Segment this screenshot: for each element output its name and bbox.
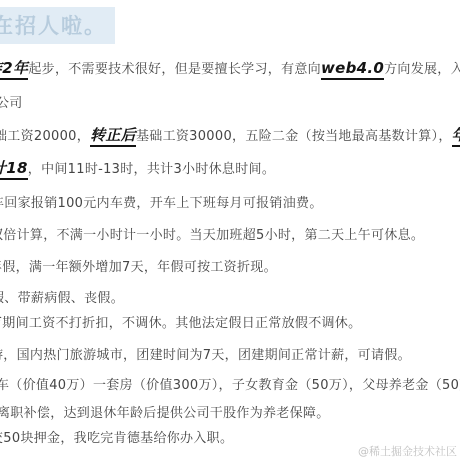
body-text: 公司 — [0, 96, 23, 111]
doc-line-6: 双倍计算，不满一小时计一小时。当天加班超5小时，第二天上午可休息。 — [0, 224, 424, 243]
body-text: 假、带薪病假、丧假。 — [0, 291, 124, 306]
body-text: 游，国内热门旅游城市，团建时间为7天，团建期间正常计薪，可请假。 — [0, 348, 411, 363]
community-watermark: @稀土掘金技术社区 — [358, 443, 457, 459]
doc-line-11: 车（价值40万）一套房（价值300万），子女教育金（50万），父母养老金（50万… — [0, 374, 460, 393]
doc-line-3: 础工资20000，转正后基础工资30000，五险二金（按当地最高基数计算），年终… — [0, 124, 460, 145]
doc-line-12: 离职补偿，达到退休年龄后提供公司干股作为养老保障。 — [0, 402, 330, 421]
body-text: 车（价值40万）一套房（价值300万），子女教育金（50万），父母养老金（50万… — [0, 378, 460, 393]
doc-line-1: 作2年起步，不需要技术很好，但是要擅长学习，有意向web4.0方向发展，入职参加 — [0, 57, 460, 78]
body-text: 方向发展，入职参加 — [384, 62, 460, 77]
body-text: 节期间工资不打折扣，不调休。其他法定假日正常放假不调休。 — [0, 316, 361, 331]
top-watermark: 在招人啦。 — [0, 7, 115, 44]
body-text: ，中间11时-13时，共计3小时休息时间。 — [28, 162, 275, 177]
body-text: 车回家报销100元内车费，开车上下班每月可报销油费。 — [0, 196, 323, 211]
doc-line-5: 车回家报销100元内车费，开车上下班每月可报销油费。 — [0, 192, 323, 211]
body-text: 起步，不需要技术很好，但是要擅长学习，有意向 — [28, 62, 321, 77]
document-page: 在招人啦。 作2年起步，不需要技术很好，但是要擅长学习，有意向web4.0方向发… — [0, 0, 460, 460]
doc-line-2: 公司 — [0, 92, 23, 111]
doc-line-9: 节期间工资不打折扣，不调休。其他法定假日正常放假不调休。 — [0, 312, 361, 331]
body-text: 交50块押金，我吃完肯德基给你办入职。 — [0, 431, 233, 446]
emphasis-text: 年终奖 — [452, 126, 460, 147]
body-text: 基础工资30000，五险二金（按当地最高基数计算）， — [136, 129, 452, 144]
emphasis-text: web4.0 — [321, 59, 384, 80]
doc-line-13: 交50块押金，我吃完肯德基给你办入职。 — [0, 427, 233, 446]
emphasis-text: 计18 — [0, 159, 28, 180]
doc-line-10: 游，国内热门旅游城市，团建时间为7天，团建期间正常计薪，可请假。 — [0, 344, 411, 363]
body-text: 离职补偿，达到退休年龄后提供公司干股作为养老保障。 — [0, 406, 330, 421]
body-text: 础工资20000， — [0, 129, 90, 144]
body-text: 双倍计算，不满一小时计一小时。当天加班超5小时，第二天上午可休息。 — [0, 228, 424, 243]
emphasis-text: 转正后 — [90, 126, 136, 147]
doc-line-8: 假、带薪病假、丧假。 — [0, 287, 124, 306]
doc-line-4: 计18，中间11时-13时，共计3小时休息时间。 — [0, 157, 275, 178]
doc-line-7: 年假，满一年额外增加7天，年假可按工资折现。 — [0, 256, 277, 275]
body-text: 年假，满一年额外增加7天，年假可按工资折现。 — [0, 260, 277, 275]
emphasis-text: 作2年 — [0, 59, 28, 80]
